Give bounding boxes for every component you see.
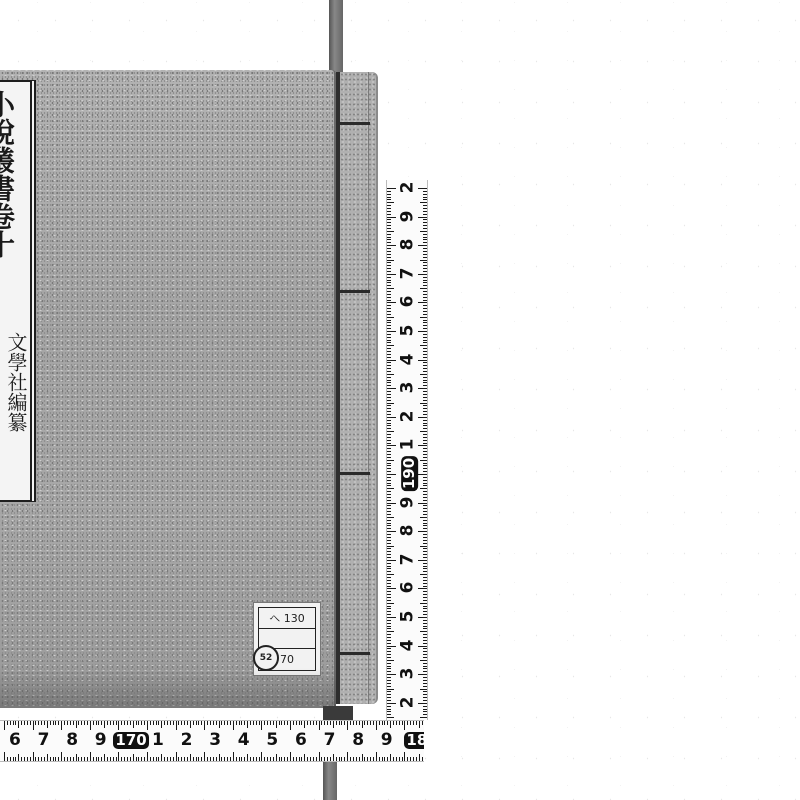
ruler-tick: [423, 465, 427, 466]
ruler-tick: [219, 721, 220, 728]
ruler-tick: [418, 302, 427, 303]
ruler-tick: [78, 721, 79, 725]
ruler-tick: [418, 245, 427, 246]
ruler-tick: [387, 557, 391, 558]
ruler-tick: [387, 274, 396, 275]
ruler-tick: [423, 511, 427, 512]
ruler-tick: [387, 465, 391, 466]
ruler-tick: [13, 757, 14, 761]
ruler-tick: [344, 721, 345, 725]
ruler-tick: [387, 308, 391, 309]
ruler-tick: [387, 345, 394, 346]
ruler-tick: [387, 700, 391, 701]
ruler-tick: [423, 311, 427, 312]
ruler-tick: [422, 721, 423, 725]
ruler-tick: [423, 365, 427, 366]
ruler-tick: [21, 757, 22, 761]
ruler-tick: [410, 757, 411, 761]
ruler-tick: [423, 191, 427, 192]
ruler-tick: [387, 680, 391, 681]
ruler-tick: [47, 721, 48, 728]
ruler-tick: [423, 540, 427, 541]
ruler-tick: [387, 411, 391, 412]
ruler-tick: [420, 631, 427, 632]
ruler-tick: [423, 683, 427, 684]
ruler-tick: [176, 721, 177, 730]
ruler-tick: [423, 694, 427, 695]
ruler-tick: [387, 277, 391, 278]
ruler-tick: [402, 757, 403, 761]
ruler-tick: [387, 225, 391, 226]
ruler-tick: [376, 752, 377, 761]
ruler-tick: [387, 265, 391, 266]
ruler-tick: [387, 199, 391, 200]
ruler-tick: [98, 757, 99, 761]
ruler-tick: [336, 721, 337, 725]
ruler-tick: [423, 600, 427, 601]
ruler-tick: [164, 721, 165, 725]
ruler-label: 2: [181, 732, 193, 749]
ruler-tick: [319, 721, 320, 730]
ruler-tick: [147, 752, 148, 761]
ruler-tick: [387, 417, 396, 418]
ruler-tick: [387, 403, 394, 404]
ruler-tick: [296, 721, 297, 725]
ruler-tick: [387, 311, 391, 312]
ruler-tick: [423, 205, 427, 206]
ruler-tick: [387, 254, 391, 255]
ruler-tick: [333, 721, 334, 728]
ruler-tick: [387, 511, 391, 512]
ruler-tick: [316, 757, 317, 761]
ruler-tick: [387, 391, 391, 392]
ruler-tick: [387, 491, 391, 492]
ruler-tick: [387, 614, 391, 615]
ruler-tick: [387, 191, 391, 192]
ruler-tick: [423, 651, 427, 652]
ruler-tick: [341, 721, 342, 725]
ruler-tick: [423, 322, 427, 323]
ruler-tick: [387, 686, 391, 687]
ruler-tick: [387, 626, 391, 627]
ruler-tick: [423, 643, 427, 644]
ruler-tick: [418, 188, 427, 189]
ruler-tick: [423, 211, 427, 212]
ruler-tick: [213, 721, 214, 725]
ruler-tick: [423, 297, 427, 298]
ruler-tick: [396, 757, 397, 761]
ruler-tick: [423, 382, 427, 383]
ruler-tick: [58, 721, 59, 725]
ruler-tick: [44, 757, 45, 761]
ruler-tick: [423, 505, 427, 506]
ruler-tick: [387, 408, 391, 409]
ruler-label: 7: [399, 267, 416, 279]
ruler-tick: [423, 342, 427, 343]
ruler-tick: [423, 508, 427, 509]
ruler-tick: [418, 503, 427, 504]
ruler-tick: [53, 757, 54, 761]
ruler-tick: [387, 437, 391, 438]
ruler-tick: [15, 757, 16, 761]
ruler-label: 190: [401, 456, 418, 491]
ruler-tick: [362, 754, 363, 761]
ruler-tick: [387, 711, 391, 712]
ruler-tick: [387, 508, 391, 509]
ruler-tick: [310, 721, 311, 725]
ruler-tick: [15, 721, 16, 725]
ruler-tick: [420, 288, 427, 289]
ruler-label: 8: [66, 732, 78, 749]
ruler-tick: [423, 491, 427, 492]
ruler-tick: [193, 757, 194, 761]
ruler-tick: [47, 754, 48, 761]
ruler-tick: [423, 591, 427, 592]
ruler-tick: [178, 721, 179, 725]
ruler-tick: [313, 757, 314, 761]
ruler-tick: [382, 757, 383, 761]
ruler-tick: [423, 580, 427, 581]
ruler-tick: [38, 721, 39, 725]
ruler-tick: [387, 608, 391, 609]
ruler-tick: [418, 388, 427, 389]
ruler-tick: [423, 380, 427, 381]
ruler-tick: [304, 754, 305, 761]
ruler-tick: [387, 666, 391, 667]
ruler-tick: [270, 721, 271, 725]
ruler-tick: [390, 721, 391, 728]
ruler-tick: [423, 606, 427, 607]
ruler-tick: [4, 752, 5, 761]
ruler-tick: [420, 231, 427, 232]
ruler-tick: [387, 586, 391, 587]
ruler-tick: [27, 757, 28, 761]
ruler-tick: [236, 721, 237, 725]
ruler-tick: [344, 757, 345, 761]
ruler-tick: [204, 752, 205, 761]
ruler-tick: [423, 239, 427, 240]
ruler-tick: [224, 757, 225, 761]
ruler-tick: [423, 563, 427, 564]
ruler-tick: [420, 374, 427, 375]
ruler-tick: [387, 600, 391, 601]
ruler-tick: [423, 280, 427, 281]
ruler-tick: [136, 721, 137, 725]
ruler-tick: [270, 757, 271, 761]
ruler-tick: [419, 721, 420, 728]
ruler-tick: [284, 721, 285, 725]
ruler-tick: [356, 757, 357, 761]
ruler-tick: [347, 752, 348, 761]
ruler-tick: [384, 757, 385, 761]
ruler-tick: [423, 691, 427, 692]
ruler-tick: [423, 411, 427, 412]
ruler-tick: [87, 721, 88, 725]
ruler-tick: [423, 534, 427, 535]
ruler-label: 3: [399, 382, 416, 394]
ruler-tick: [250, 757, 251, 761]
ruler-tick: [423, 648, 427, 649]
book: 小說叢書卷十 文學社編纂 ヘ 130 70 52: [0, 70, 378, 710]
ruler-tick: [113, 757, 114, 761]
ruler-tick: [196, 721, 197, 725]
ruler-tick: [387, 617, 396, 618]
ruler-tick: [418, 331, 427, 332]
ruler-tick: [423, 385, 427, 386]
ruler-tick: [387, 631, 394, 632]
ruler-tick: [423, 663, 427, 664]
ruler-tick: [423, 337, 427, 338]
ruler-tick: [239, 721, 240, 725]
ruler-tick: [423, 634, 427, 635]
stitch-1: [340, 122, 370, 125]
ruler-tick: [423, 194, 427, 195]
ruler-tick: [181, 721, 182, 725]
ruler-tick: [367, 757, 368, 761]
ruler-tick: [18, 721, 19, 728]
ruler-tick: [387, 280, 391, 281]
ruler-tick: [387, 194, 391, 195]
ruler-tick: [387, 646, 396, 647]
ruler-tick: [367, 721, 368, 725]
ruler-tick: [387, 463, 391, 464]
ruler-tick: [193, 721, 194, 725]
ruler-tick: [319, 752, 320, 761]
ruler-tick: [387, 594, 391, 595]
ruler-tick: [423, 480, 427, 481]
ruler-tick: [423, 577, 427, 578]
ruler-tick: [423, 254, 427, 255]
ruler-tick: [423, 208, 427, 209]
ruler-tick: [387, 660, 394, 661]
ruler-tick: [420, 431, 427, 432]
ruler-tick: [247, 754, 248, 761]
ruler-tick: [387, 188, 396, 189]
tie-tape-top: [329, 0, 343, 72]
ruler-tick: [253, 721, 254, 725]
ruler-tick: [256, 757, 257, 761]
ruler-tick: [387, 648, 391, 649]
ruler-tick: [387, 434, 391, 435]
ruler-tick: [423, 308, 427, 309]
book-cover: 小說叢書卷十 文學社編纂 ヘ 130 70 52: [0, 70, 336, 708]
ruler-tick: [387, 202, 394, 203]
ruler-tick: [170, 721, 171, 725]
ruler-tick: [387, 445, 396, 446]
ruler-tick: [44, 721, 45, 725]
ruler-tick: [93, 757, 94, 761]
ruler-tick: [423, 448, 427, 449]
ruler-tick: [153, 757, 154, 761]
ruler-tick: [387, 288, 394, 289]
ruler-tick: [304, 721, 305, 728]
ruler-tick: [404, 752, 405, 761]
ruler-tick: [387, 580, 391, 581]
ruler-tick: [387, 440, 391, 441]
ruler-tick: [423, 537, 427, 538]
title-label: 小說叢書卷十 文學社編纂: [0, 80, 32, 502]
ruler-tick: [387, 282, 391, 283]
ruler-tick: [382, 721, 383, 725]
ruler-tick: [387, 262, 391, 263]
ruler-tick: [423, 551, 427, 552]
ruler-tick: [387, 245, 396, 246]
ruler-tick: [347, 721, 348, 730]
ruler-tick: [30, 757, 31, 761]
ruler-tick: [293, 721, 294, 725]
ruler-tick: [423, 271, 427, 272]
ruler-tick: [387, 691, 391, 692]
ruler-tick: [423, 611, 427, 612]
ruler-tick: [423, 623, 427, 624]
ruler-tick: [387, 497, 391, 498]
ruler-tick: [370, 721, 371, 725]
ruler-tick: [423, 265, 427, 266]
ruler-tick: [387, 388, 396, 389]
ruler-tick: [396, 721, 397, 725]
ruler-tick: [35, 757, 36, 761]
ruler-label: 3: [399, 668, 416, 680]
ruler-tick: [423, 586, 427, 587]
ruler-tick: [387, 503, 396, 504]
ruler-tick: [423, 463, 427, 464]
ruler-tick: [281, 757, 282, 761]
ruler-tick: [227, 721, 228, 725]
ruler-tick: [387, 457, 391, 458]
ruler-tick: [387, 371, 391, 372]
ruler-tick: [116, 721, 117, 725]
ruler-tick: [387, 365, 391, 366]
ruler-tick: [359, 721, 360, 725]
ruler-tick: [173, 757, 174, 761]
ruler-tick: [256, 721, 257, 725]
ruler-tick: [418, 217, 427, 218]
ruler-tick: [339, 721, 340, 725]
ruler-tick: [264, 721, 265, 725]
ruler-tick: [423, 362, 427, 363]
ruler-tick: [353, 721, 354, 725]
ruler-tick: [387, 234, 391, 235]
ruler-tick: [96, 721, 97, 725]
ruler-tick: [187, 757, 188, 761]
ruler-tick: [387, 328, 391, 329]
ruler-tick: [387, 334, 391, 335]
ruler-tick: [156, 757, 157, 761]
ruler-tick: [387, 703, 396, 704]
ruler-tick: [423, 468, 427, 469]
ruler-tick: [184, 757, 185, 761]
ruler-tick: [387, 368, 391, 369]
ruler-tick: [387, 357, 391, 358]
ruler-tick: [387, 297, 391, 298]
ruler-tick: [420, 345, 427, 346]
ruler-tick: [387, 483, 391, 484]
ruler-tick: [423, 714, 427, 715]
ruler-tick: [387, 591, 391, 592]
ruler-tick: [387, 623, 391, 624]
ruler-tick: [423, 528, 427, 529]
ruler-tick: [387, 305, 391, 306]
ruler-label: 7: [399, 553, 416, 565]
ruler-tick: [387, 271, 391, 272]
ruler-tick: [373, 757, 374, 761]
ruler-tick: [423, 637, 427, 638]
ruler-tick: [410, 721, 411, 725]
ruler-tick: [18, 754, 19, 761]
ruler-tick: [423, 514, 427, 515]
ruler-label: 9: [399, 210, 416, 222]
ruler-tick: [387, 248, 391, 249]
ruler-tick: [241, 721, 242, 725]
ruler-label: 4: [238, 732, 250, 749]
ruler-tick: [420, 546, 427, 547]
ruler-tick: [150, 757, 151, 761]
ruler-tick: [387, 668, 391, 669]
ruler-tick: [387, 663, 391, 664]
ruler-tick: [104, 721, 105, 728]
ruler-tick: [190, 754, 191, 761]
ruler-label: 6: [9, 732, 21, 749]
ruler-tick: [144, 721, 145, 725]
ruler-tick: [70, 757, 71, 761]
ruler-tick: [387, 300, 391, 301]
ruler-tick: [150, 721, 151, 725]
ruler-tick: [316, 721, 317, 725]
ruler-tick: [423, 477, 427, 478]
ruler-tick: [247, 721, 248, 728]
ruler-tick: [387, 285, 391, 286]
ruler-tick: [27, 721, 28, 725]
ruler-tick: [121, 757, 122, 761]
ruler-tick: [418, 474, 427, 475]
ruler-tick: [136, 757, 137, 761]
ruler-label: 5: [399, 325, 416, 337]
ruler-tick: [420, 460, 427, 461]
ruler-tick: [313, 721, 314, 725]
ruler-tick: [379, 721, 380, 725]
ruler-tick: [267, 757, 268, 761]
ruler-tick: [387, 654, 391, 655]
ruler-tick: [387, 611, 391, 612]
ruler-tick: [387, 423, 391, 424]
ruler-tick: [387, 721, 388, 725]
ruler-tick: [124, 721, 125, 725]
ruler-tick: [387, 337, 391, 338]
ruler-tick: [284, 757, 285, 761]
ruler-tick: [281, 721, 282, 725]
ruler-tick: [387, 354, 391, 355]
ruler-label: 9: [399, 496, 416, 508]
ruler-tick: [393, 721, 394, 725]
ruler-tick: [387, 431, 394, 432]
ruler-tick: [341, 757, 342, 761]
ruler-tick: [133, 721, 134, 728]
ruler-label: 6: [399, 582, 416, 594]
ruler-label: 18: [404, 732, 424, 749]
ruler-tick: [420, 317, 427, 318]
ruler-label: 9: [381, 732, 393, 749]
ruler-tick: [387, 214, 391, 215]
ruler-tick: [287, 757, 288, 761]
ruler-tick: [373, 721, 374, 725]
ruler-tick: [301, 757, 302, 761]
ruler-tick: [121, 721, 122, 725]
ruler-tick: [279, 757, 280, 761]
book-editor: 文學社編纂: [5, 332, 27, 432]
ruler-tick: [423, 320, 427, 321]
ruler-tick: [423, 454, 427, 455]
ruler-tick: [253, 757, 254, 761]
